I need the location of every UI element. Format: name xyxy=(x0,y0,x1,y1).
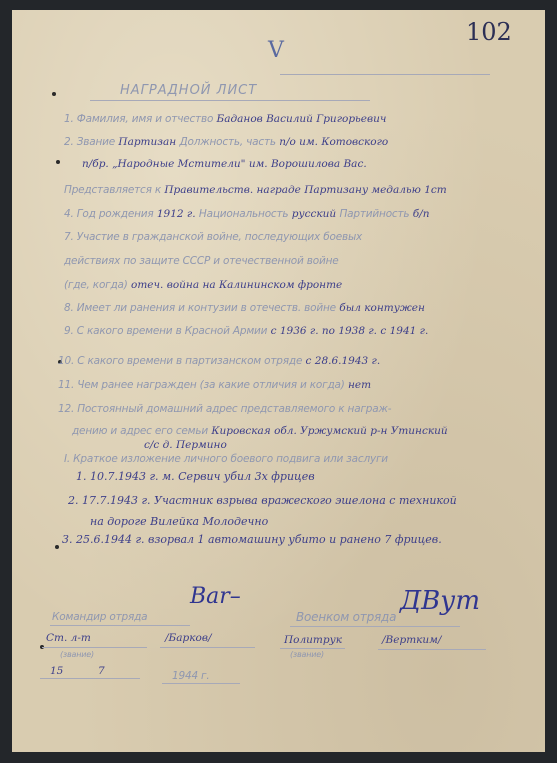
field-label: дению и адрес его семьи xyxy=(72,425,208,437)
brigade-value: п/бр. „Народные Мстители" им. Ворошилова… xyxy=(82,158,367,170)
unit-value: п/о им. Котовского xyxy=(279,136,388,148)
rule xyxy=(42,647,147,648)
commissar-signature: ДВут xyxy=(400,586,480,616)
rule xyxy=(90,100,370,101)
field-label: (где, когда) xyxy=(64,279,128,291)
award-value: Правительств. награде Партизану медалью … xyxy=(164,184,446,196)
partisan-since-value: с 28.6.1943 г. xyxy=(306,355,381,367)
page-number: 102 xyxy=(466,18,512,46)
field-label: 8. Имеет ли ранения и контузии в отечест… xyxy=(64,302,336,314)
previous-awards-value: нет xyxy=(348,379,371,391)
rule xyxy=(160,647,255,648)
commander-signature: Ваr– xyxy=(190,584,241,609)
field-label: 1. Фамилия, имя и отчество xyxy=(64,113,213,125)
binder-hole xyxy=(55,545,59,549)
address-village-value: с/с д. Пермино xyxy=(144,439,227,451)
rule xyxy=(378,649,486,650)
binder-hole xyxy=(56,160,60,164)
army-service-value: с 1936 г. по 1938 г. с 1941 г. xyxy=(271,325,429,337)
field-label: 12. Постоянный домашний адрес представля… xyxy=(58,403,391,415)
war-participation-value: отеч. война на Калининском фронте xyxy=(131,279,342,291)
commander-role: Командир отряда xyxy=(52,610,147,624)
feat-item: 1. 10.7.1943 г. м. Сервич убил 3х фрицев xyxy=(76,470,315,484)
rule xyxy=(162,683,240,684)
rule xyxy=(40,678,140,679)
document-title: НАГРАДНОЙ ЛИСТ xyxy=(120,84,257,98)
rank-value: Партизан xyxy=(118,136,176,148)
date-month: 7 xyxy=(98,664,105,678)
field-label: Представляется к xyxy=(64,184,161,196)
birth-year-value: 1912 г. xyxy=(157,208,196,220)
commissar-rank: Политрук xyxy=(284,633,342,647)
field-label: Национальность xyxy=(199,208,289,220)
field-label: 9. С какого времени в Красной Армии xyxy=(64,325,267,337)
rule xyxy=(280,74,490,75)
party-value: б/п xyxy=(413,208,430,220)
field-label: Должность, часть xyxy=(180,136,276,148)
feat-item: 2. 17.7.1943 г. Участник взрыва вражеско… xyxy=(68,494,457,508)
rule xyxy=(50,625,190,626)
rule xyxy=(290,626,460,627)
commander-rank: Ст. л-т xyxy=(46,631,91,645)
commissar-name: /Вертким/ xyxy=(382,633,441,647)
field-label: 10. С какого времени в партизанском отря… xyxy=(58,355,302,367)
feat-item: 3. 25.6.1944 г. взорвал 1 автомашину уби… xyxy=(62,533,442,547)
binder-hole xyxy=(52,92,56,96)
field-label: Партийность xyxy=(339,208,409,220)
field-label: 2. Звание xyxy=(64,136,115,148)
check-mark: V xyxy=(268,38,284,63)
rank-caption: (звание) xyxy=(60,648,94,662)
feat-item: на дороге Вилейка Молодечно xyxy=(90,515,268,529)
field-label: 4. Год рождения xyxy=(64,208,154,220)
address-value: Кировская обл. Уржумский р-н Утинский xyxy=(211,425,447,437)
date-year: 1944 г. xyxy=(172,669,210,683)
commander-name: /Барков/ xyxy=(165,631,211,645)
field-label: 11. Чем ранее награжден (за какие отличи… xyxy=(58,379,345,391)
commissar-role: Военком отряда xyxy=(296,610,396,624)
full-name-value: Баданов Василий Григорьевич xyxy=(217,113,387,125)
field-label: I. Краткое изложение личного боевого под… xyxy=(64,453,388,465)
nationality-value: русский xyxy=(292,208,336,220)
field-label: 7. Участие в гражданской войне, последую… xyxy=(64,231,362,243)
wounds-value: был контужен xyxy=(339,302,425,314)
rank-caption: (звание) xyxy=(290,648,324,662)
date-day: 15 xyxy=(50,664,63,678)
field-label: действиях по защите СССР и отечественной… xyxy=(64,255,339,267)
